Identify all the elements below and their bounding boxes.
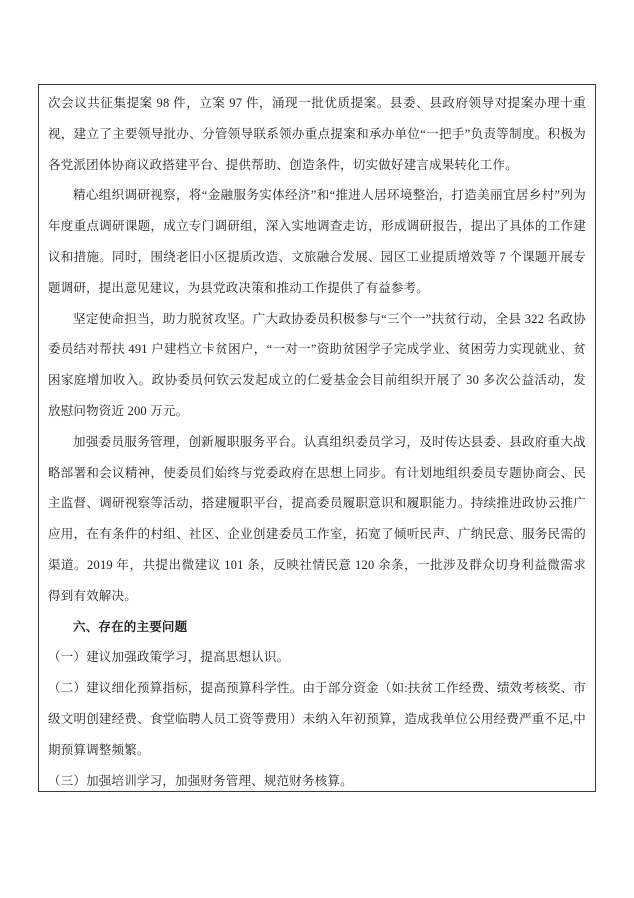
document-table-cell: 次会议共征集提案 98 件，立案 97 件，涌现一批优质提案。县委、县政府领导对… — [38, 84, 596, 792]
list-item-suggestion-1: （一）建议加强政策学习，提高思想认识。 — [48, 642, 586, 673]
document-page: 次会议共征集提案 98 件，立案 97 件，涌现一批优质提案。县委、县政府领导对… — [0, 0, 634, 898]
paragraph-research-inspection: 精心组织调研视察，将“金融服务实体经济”和“推进人居环境整治，打造美丽宜居乡村”… — [48, 180, 586, 303]
paragraph-poverty-alleviation: 坚定使命担当，助力脱贫攻坚。广大政协委员积极参与“三个一”扶贫行动，全县 322… — [48, 304, 586, 427]
section-heading-main-problems: 六、存在的主要问题 — [48, 612, 586, 643]
list-item-suggestion-3: （三）加强培训学习，加强财务管理、规范财务核算。 — [48, 766, 586, 792]
paragraph-member-service: 加强委员服务管理，创新履职服务平台。认真组织委员学习，及时传达县委、县政府重大战… — [48, 427, 586, 612]
paragraph-continuation-proposals: 次会议共征集提案 98 件，立案 97 件，涌现一批优质提案。县委、县政府领导对… — [48, 88, 586, 180]
list-item-suggestion-2: （二）建议细化预算指标，提高预算科学性。由于部分资金（如:扶贫工作经费、绩效考核… — [48, 673, 586, 765]
